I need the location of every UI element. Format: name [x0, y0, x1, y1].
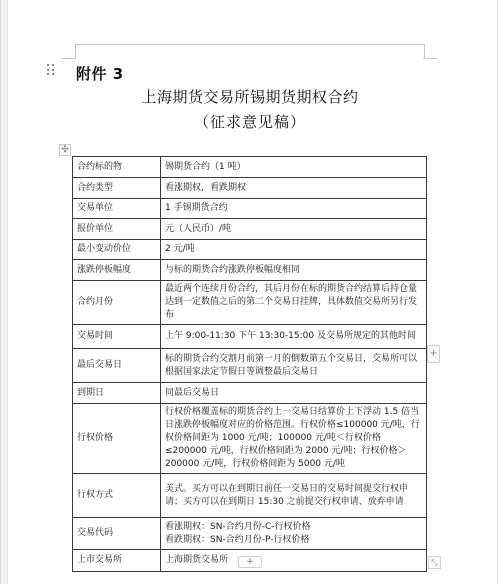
row-key: 合约类型: [73, 178, 161, 199]
table-resize-icon[interactable]: ⤡: [428, 556, 441, 569]
table-row: 最小变动价位 2 元/吨: [73, 240, 427, 260]
row-value: 看涨期权：SN-合约月份-C-行权价格 看跌期权：SN-合约月份-P-行权价格: [161, 518, 427, 550]
row-value: 上海期货交易所: [161, 550, 427, 572]
row-value: 看涨期权，看跌期权: [161, 178, 427, 199]
row-key: 最小变动价位: [73, 240, 161, 260]
table-row: 交易单位 1 手锡期货合约: [73, 199, 427, 219]
row-value: 锡期货合约（1 吨）: [161, 157, 427, 178]
row-key: 到期日: [73, 383, 161, 404]
add-column-button[interactable]: +: [427, 345, 440, 363]
table-row: 合约标的物 锡期货合约（1 吨）: [73, 157, 427, 178]
row-value: 上午 9:00-11:30 下午 13:30-15:00 及交易所规定的其他时间: [161, 325, 427, 349]
row-value: 同最后交易日: [161, 383, 427, 404]
row-value: 标的期货合约交割月前第一月的倒数第五个交易日，交易所可以根据国家法定节假日等调整…: [161, 349, 427, 383]
document-title: 上海期货交易所锡期货期权合约: [0, 86, 500, 107]
table-row: 到期日 同最后交易日: [73, 383, 427, 404]
table-row: 行权方式 美式。买方可以在到期日前任一交易日的交易时间提交行权申请；买方可以在到…: [73, 474, 427, 518]
document-subtitle: （征求意见稿）: [0, 111, 500, 132]
row-key: 行权方式: [73, 474, 161, 518]
table-row: 合约类型 看涨期权，看跌期权: [73, 178, 427, 199]
row-key: 合约标的物: [73, 157, 161, 178]
table-row: 报价单位 元（人民币）/吨: [73, 219, 427, 240]
row-key: 涨跌停板幅度: [73, 260, 161, 281]
table-row: 交易代码 看涨期权：SN-合约月份-C-行权价格 看跌期权：SN-合约月份-P-…: [73, 518, 427, 550]
header-margin-marker: [75, 44, 425, 59]
row-key: 合约月份: [73, 281, 161, 325]
table-row: 行权价格 行权价格覆盖标的期货合约上一交易日结算价上下浮动 1.5 倍当日涨跌停…: [73, 404, 427, 474]
table-move-icon[interactable]: ✣: [59, 144, 71, 156]
row-key: 交易时间: [73, 325, 161, 349]
paragraph-drag-handle-icon[interactable]: [47, 64, 55, 76]
table-row: 涨跌停板幅度 与标的期货合约涨跌停板幅度相同: [73, 260, 427, 281]
value-line: 看跌期权：SN-合约月份-P-行权价格: [165, 534, 422, 547]
attachment-label: 附件 3: [76, 63, 124, 84]
row-value: 2 元/吨: [161, 240, 427, 260]
add-row-button[interactable]: +: [238, 556, 262, 568]
table-row: 合约月份 最近两个连续月份合约，其后月份在标的期货合约结算后持仓量达到一定数值之…: [73, 281, 427, 325]
row-value: 元（人民币）/吨: [161, 219, 427, 240]
contract-spec-table: 合约标的物 锡期货合约（1 吨） 合约类型 看涨期权，看跌期权 交易单位 1 手…: [72, 156, 427, 572]
row-value: 1 手锡期货合约: [161, 199, 427, 219]
row-key: 报价单位: [73, 219, 161, 240]
row-key: 行权价格: [73, 404, 161, 474]
table-row: 最后交易日 标的期货合约交割月前第一月的倒数第五个交易日，交易所可以根据国家法定…: [73, 349, 427, 383]
margin-corner-right: [423, 58, 437, 59]
row-key: 最后交易日: [73, 349, 161, 383]
value-line: 看涨期权：SN-合约月份-C-行权价格: [165, 521, 422, 534]
row-value: 行权价格覆盖标的期货合约上一交易日结算价上下浮动 1.5 倍当日涨跌停板幅度对应…: [161, 404, 427, 474]
row-value: 最近两个连续月份合约，其后月份在标的期货合约结算后持仓量达到一定数值之后的第二个…: [161, 281, 427, 325]
row-key: 上市交易所: [73, 550, 161, 572]
row-value: 美式。买方可以在到期日前任一交易日的交易时间提交行权申请；买方可以在到期日 15…: [161, 474, 427, 518]
row-value: 与标的期货合约涨跌停板幅度相同: [161, 260, 427, 281]
row-key: 交易单位: [73, 199, 161, 219]
margin-corner-left: [61, 58, 75, 59]
table-row: 交易时间 上午 9:00-11:30 下午 13:30-15:00 及交易所规定…: [73, 325, 427, 349]
row-key: 交易代码: [73, 518, 161, 550]
